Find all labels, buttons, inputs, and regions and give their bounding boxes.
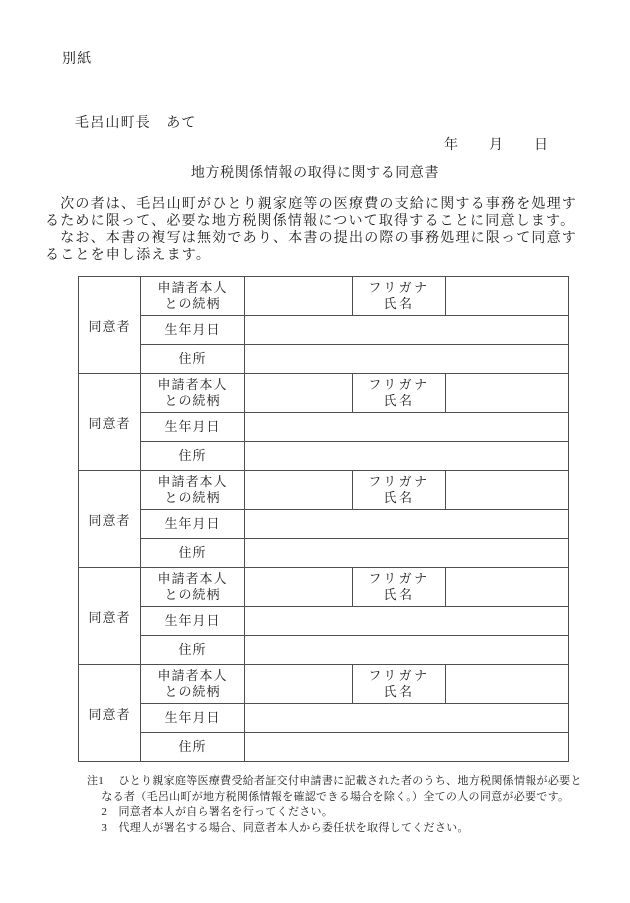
- consenter-label: 同意者: [79, 665, 141, 762]
- table-row: 生年月日: [79, 316, 569, 345]
- relationship-input-cell[interactable]: [245, 277, 353, 316]
- attachment-label: 別紙: [62, 48, 92, 68]
- address-label: 住所: [141, 733, 245, 762]
- name-input-cell[interactable]: [446, 471, 569, 510]
- birthdate-label: 生年月日: [141, 510, 245, 539]
- table-row: 同意者 申請者本人 との続柄 フリガナ 氏名: [79, 665, 569, 704]
- relationship-label: 申請者本人 との続柄: [141, 471, 245, 510]
- relationship-input-cell[interactable]: [245, 374, 353, 413]
- address-input-cell[interactable]: [245, 636, 569, 665]
- birthdate-input-cell[interactable]: [245, 316, 569, 345]
- address-input-cell[interactable]: [245, 733, 569, 762]
- furigana-name-label: フリガナ 氏名: [353, 277, 446, 316]
- relationship-label: 申請者本人 との続柄: [141, 277, 245, 316]
- address-input-cell[interactable]: [245, 442, 569, 471]
- furigana-name-label: フリガナ 氏名: [353, 665, 446, 704]
- table-row: 生年月日: [79, 510, 569, 539]
- table-row: 住所: [79, 345, 569, 374]
- furigana-name-label: フリガナ 氏名: [353, 471, 446, 510]
- relationship-label: 申請者本人 との続柄: [141, 374, 245, 413]
- birthdate-input-cell[interactable]: [245, 607, 569, 636]
- table-row: 生年月日: [79, 607, 569, 636]
- birthdate-input-cell[interactable]: [245, 704, 569, 733]
- consenter-label: 同意者: [79, 277, 141, 374]
- table-row: 同意者 申請者本人 との続柄 フリガナ 氏名: [79, 374, 569, 413]
- table-row: 同意者 申請者本人 との続柄 フリガナ 氏名: [79, 471, 569, 510]
- table-row: 同意者 申請者本人 との続柄 フリガナ 氏名: [79, 277, 569, 316]
- table-row: 住所: [79, 636, 569, 665]
- name-input-cell[interactable]: [446, 665, 569, 704]
- consenter-label: 同意者: [79, 568, 141, 665]
- consenter-label: 同意者: [79, 471, 141, 568]
- table-row: 生年月日: [79, 704, 569, 733]
- relationship-input-cell[interactable]: [245, 665, 353, 704]
- consent-table: 同意者 申請者本人 との続柄 フリガナ 氏名 生年月日 住所 同意者 申請者本人…: [78, 276, 569, 762]
- consenter-label: 同意者: [79, 374, 141, 471]
- address-input-cell[interactable]: [245, 539, 569, 568]
- furigana-name-label: フリガナ 氏名: [353, 568, 446, 607]
- name-input-cell[interactable]: [446, 374, 569, 413]
- address-label: 住所: [141, 636, 245, 665]
- birthdate-input-cell[interactable]: [245, 510, 569, 539]
- address-input-cell[interactable]: [245, 345, 569, 374]
- table-row: 住所: [79, 539, 569, 568]
- address-label: 住所: [141, 345, 245, 374]
- table-row: 住所: [79, 442, 569, 471]
- birthdate-label: 生年月日: [141, 704, 245, 733]
- relationship-label: 申請者本人 との続柄: [141, 665, 245, 704]
- table-row: 同意者 申請者本人 との続柄 フリガナ 氏名: [79, 568, 569, 607]
- name-input-cell[interactable]: [446, 277, 569, 316]
- furigana-name-label: フリガナ 氏名: [353, 374, 446, 413]
- birthdate-label: 生年月日: [141, 607, 245, 636]
- name-input-cell[interactable]: [446, 568, 569, 607]
- relationship-label: 申請者本人 との続柄: [141, 568, 245, 607]
- table-row: 住所: [79, 733, 569, 762]
- address-label: 住所: [141, 539, 245, 568]
- footnotes: 注1 ひとり親家庭等医療費受給者証交付申請書に記載された者のうち、地方税関係情報…: [87, 774, 597, 836]
- addressee-line: 毛呂山町長 あて: [75, 112, 197, 132]
- birthdate-label: 生年月日: [141, 316, 245, 345]
- address-label: 住所: [141, 442, 245, 471]
- relationship-input-cell[interactable]: [245, 471, 353, 510]
- table-row: 生年月日: [79, 413, 569, 442]
- date-line: 年 月 日: [444, 134, 549, 154]
- relationship-input-cell[interactable]: [245, 568, 353, 607]
- birthdate-label: 生年月日: [141, 413, 245, 442]
- birthdate-input-cell[interactable]: [245, 413, 569, 442]
- body-paragraph: 次の者は、毛呂山町がひとり親家庭等の医療費の支給に関する事務を処理す るために限…: [45, 196, 595, 264]
- document-page: 別紙 毛呂山町長 あて 年 月 日 地方税関係情報の取得に関する同意書 次の者は…: [0, 0, 630, 903]
- document-title: 地方税関係情報の取得に関する同意書: [0, 162, 630, 182]
